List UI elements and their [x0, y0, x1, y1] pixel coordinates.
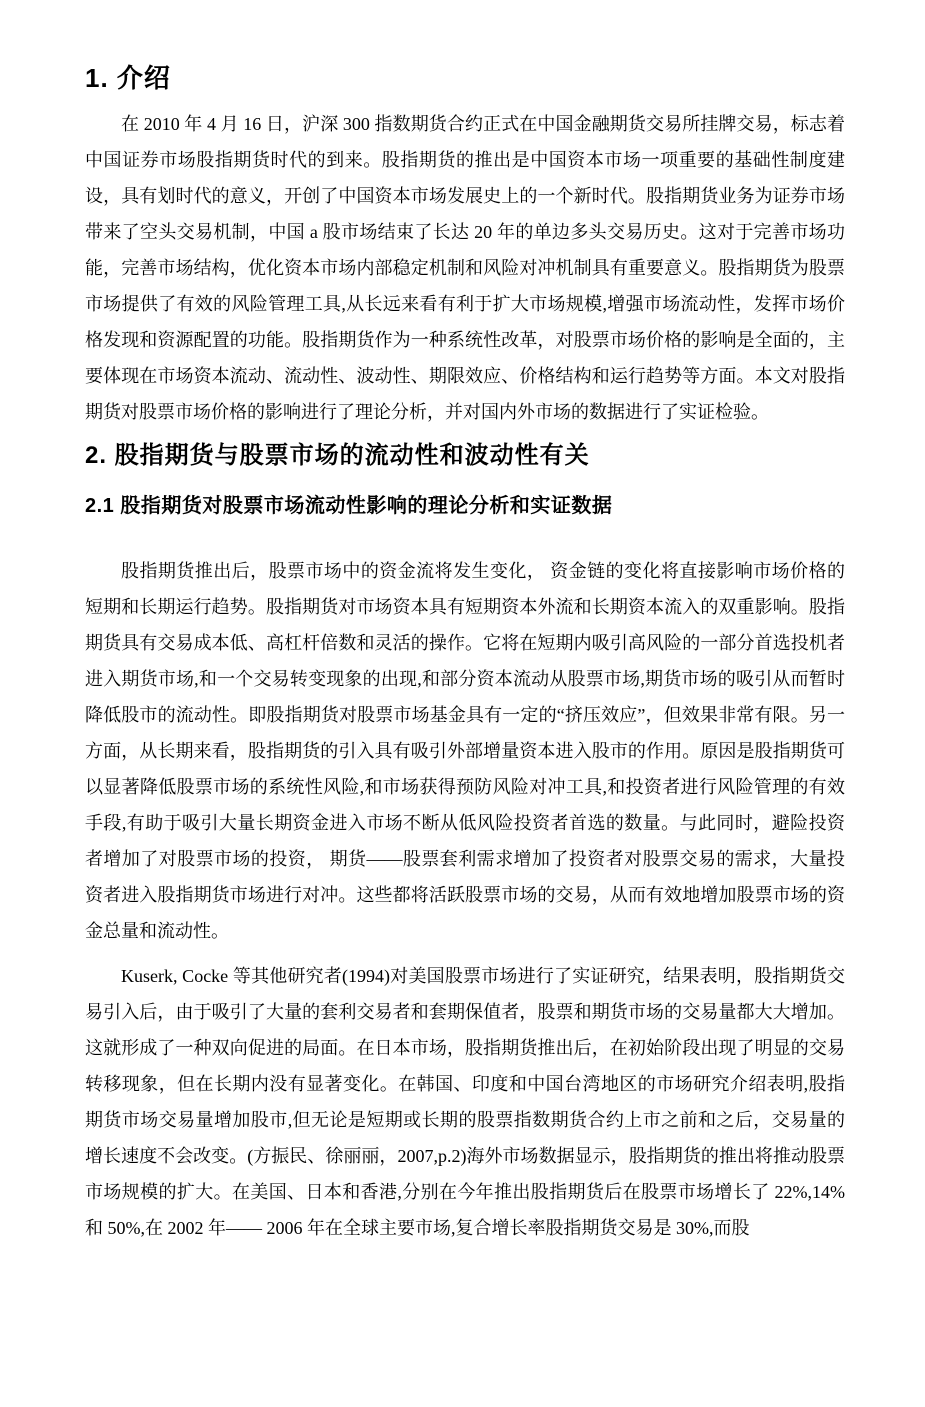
section-2-1-paragraph-1: 股指期货推出后，股票市场中的资金流将发生变化， 资金链的变化将直接影响市场价格的…: [85, 553, 845, 949]
section-1-paragraph: 在 2010 年 4 月 16 日，沪深 300 指数期货合约正式在中国金融期货…: [85, 106, 845, 430]
document-page: 1. 介绍 在 2010 年 4 月 16 日，沪深 300 指数期货合约正式在…: [0, 0, 925, 1407]
section-2-heading: 2. 股指期货与股票市场的流动性和波动性有关: [85, 441, 845, 471]
section-2-1-heading: 2.1 股指期货对股票市场流动性影响的理论分析和实证数据: [85, 492, 845, 520]
section-2-1-paragraph-2: Kuserk, Cocke 等其他研究者(1994)对美国股票市场进行了实证研究…: [85, 958, 845, 1246]
section-1-heading: 1. 介绍: [85, 62, 845, 94]
